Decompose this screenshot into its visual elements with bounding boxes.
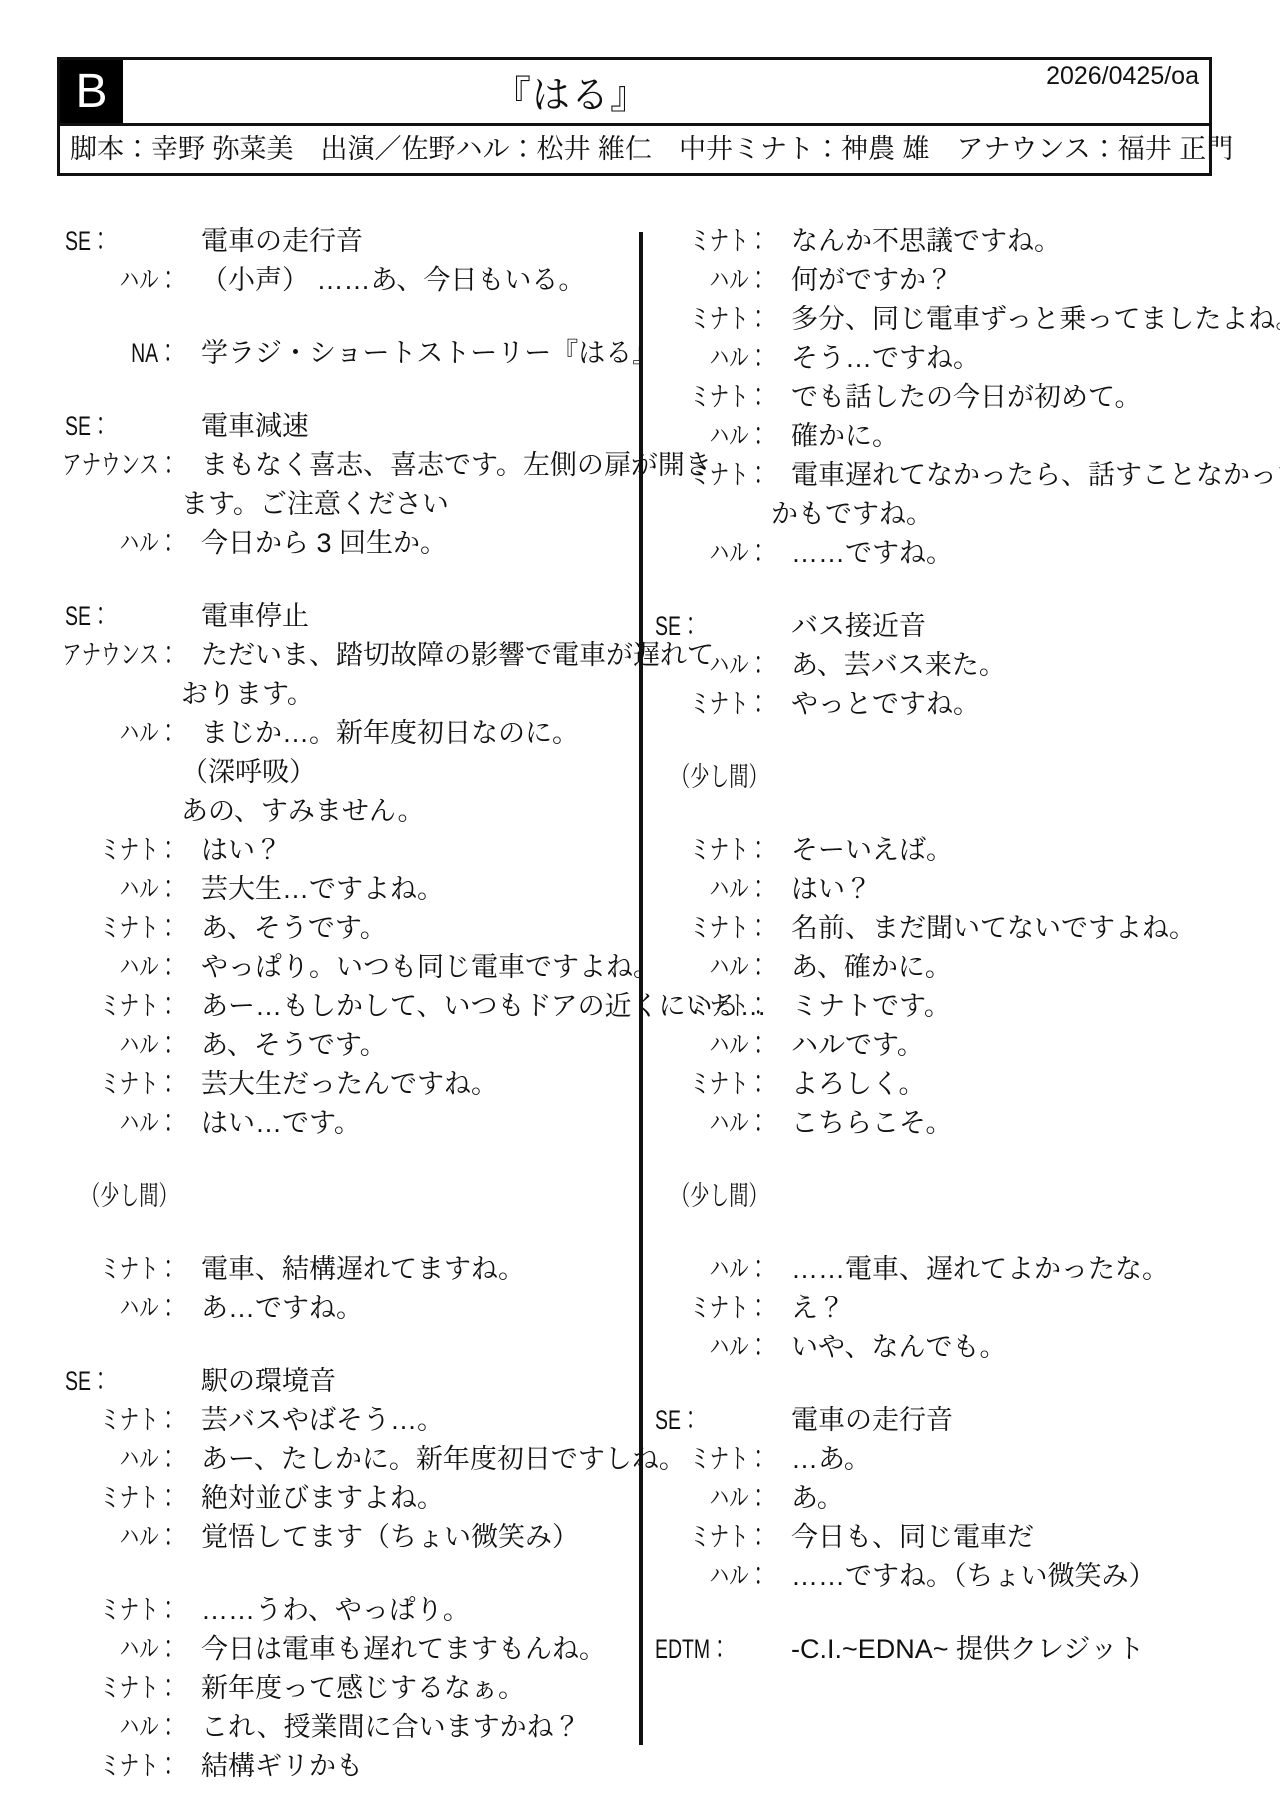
dialogue-line: ハル：やっぱり。いつも同じ電車ですよね。 bbox=[65, 948, 640, 987]
speaker-label: NA： bbox=[65, 334, 178, 373]
cue-text: 電車の走行音 bbox=[178, 222, 363, 261]
dialogue-text: あ、芸バス来た。 bbox=[768, 646, 1006, 685]
speaker-label: ミナト： bbox=[655, 222, 768, 261]
stage-direction-line: （少し間） bbox=[65, 1177, 640, 1216]
dialogue-line: ハル：いや、なんでも。 bbox=[655, 1328, 1255, 1367]
speaker-label: ミナト： bbox=[65, 909, 178, 948]
speaker-label: ハル： bbox=[655, 948, 768, 987]
dialogue-line: ハル：……ですね。 bbox=[655, 534, 1255, 573]
label-text: ミナト： bbox=[690, 685, 768, 724]
dialogue-line: アナウンス：ただいま、踏切故障の影響で電車が遅れて bbox=[65, 636, 640, 675]
dialogue-line: アナウンス：まもなく喜志、喜志です。左側の扉が開き bbox=[65, 446, 640, 485]
dialogue-text: あの、すみません。 bbox=[178, 792, 425, 831]
part-b-badge: B bbox=[60, 60, 123, 123]
label-text: ハル： bbox=[120, 1440, 178, 1479]
speaker-label: ミナト： bbox=[655, 987, 768, 1026]
label-text: ハル： bbox=[120, 1026, 178, 1065]
label-text: SE： bbox=[655, 607, 700, 646]
speaker-label: ハル： bbox=[655, 339, 768, 378]
speaker-label: ハル： bbox=[65, 261, 178, 300]
dialogue-line: ハル：あ、芸バス来た。 bbox=[655, 646, 1255, 685]
speaker-label: ハル： bbox=[65, 1289, 178, 1328]
blank-spacer bbox=[65, 373, 640, 407]
dialogue-line: ハル：そう…ですね。 bbox=[655, 339, 1255, 378]
dialogue-text: あ、そうです。 bbox=[178, 1026, 387, 1065]
label-text: ミナト： bbox=[690, 909, 768, 948]
dialogue-text: あ…ですね。 bbox=[178, 1289, 363, 1328]
dialogue-text: ただいま、踏切故障の影響で電車が遅れて bbox=[178, 636, 714, 675]
blank-spacer bbox=[655, 1367, 1255, 1401]
dialogue-text: 電車、結構遅れてますね。 bbox=[178, 1250, 525, 1289]
label-text: ハル： bbox=[710, 870, 768, 909]
dialogue-text: はい？ bbox=[768, 870, 872, 909]
header-title-row: B 『はる』 2026/0425/oa bbox=[60, 60, 1209, 126]
dialogue-text: 確かに。 bbox=[768, 417, 899, 456]
label-text: ハル： bbox=[120, 1104, 178, 1143]
cue-label: SE： bbox=[65, 222, 178, 261]
label-text: ミナト： bbox=[690, 300, 768, 339]
cue-line: SE：電車の走行音 bbox=[65, 222, 640, 261]
speaker-label: ハル： bbox=[65, 1630, 178, 1669]
dialogue-text: 電車遅れてなかったら、話すことなかった bbox=[768, 456, 1280, 495]
script-column-left: SE：電車の走行音ハル：（小声） ……あ、今日もいる。NA：学ラジ・ショートスト… bbox=[65, 222, 640, 1786]
dialogue-text: そーいえば。 bbox=[768, 831, 953, 870]
dialogue-text: はい？ bbox=[178, 831, 282, 870]
label-text: ハル： bbox=[710, 948, 768, 987]
dialogue-line: ミナト：電車、結構遅れてますね。 bbox=[65, 1250, 640, 1289]
label-text: SE： bbox=[65, 1362, 110, 1401]
cue-line: SE：電車停止 bbox=[65, 597, 640, 636]
speaker-label: ミナト： bbox=[65, 1250, 178, 1289]
speaker-label bbox=[65, 792, 178, 831]
blank-spacer bbox=[65, 563, 640, 597]
label-text: ハル： bbox=[710, 1104, 768, 1143]
dialogue-text: こちらこそ。 bbox=[768, 1104, 952, 1143]
dialogue-line: ハル：あ…ですね。 bbox=[65, 1289, 640, 1328]
label-text: ハル： bbox=[710, 1026, 768, 1065]
label-text: ミナト： bbox=[100, 1669, 178, 1708]
label-text: ミナト： bbox=[690, 1289, 768, 1328]
label-text: ハル： bbox=[120, 714, 178, 753]
cue-line: SE：駅の環境音 bbox=[65, 1362, 640, 1401]
label-text: ミナト： bbox=[690, 831, 768, 870]
dialogue-line: NA：学ラジ・ショートストーリー『はる』 bbox=[65, 334, 640, 373]
dialogue-line: ミナト：芸バスやばそう…。 bbox=[65, 1401, 640, 1440]
label-text: ハル： bbox=[120, 1518, 178, 1557]
dialogue-text: おります。 bbox=[178, 675, 314, 714]
dialogue-text: 名前、まだ聞いてないですよね。 bbox=[768, 909, 1196, 948]
speaker-label bbox=[65, 675, 178, 714]
label-text: ハル： bbox=[710, 534, 768, 573]
label-text: ハル： bbox=[120, 524, 178, 563]
speaker-label: ハル： bbox=[65, 524, 178, 563]
dialogue-line: ハル：……電車、遅れてよかったな。 bbox=[655, 1250, 1255, 1289]
dialogue-line: ハル：……ですね。（ちょい微笑み） bbox=[655, 1557, 1255, 1596]
label-text: ミナト： bbox=[100, 1065, 178, 1104]
dialogue-text: 何がですか？ bbox=[768, 261, 953, 300]
dialogue-line: ミナト：名前、まだ聞いてないですよね。 bbox=[655, 909, 1255, 948]
dialogue-text: これ、授業間に合いますかね？ bbox=[178, 1708, 581, 1747]
dialogue-line: ハル：はい？ bbox=[655, 870, 1255, 909]
dialogue-line: ハル：これ、授業間に合いますかね？ bbox=[65, 1708, 640, 1747]
label-text: SE： bbox=[65, 407, 110, 446]
label-text: ハル： bbox=[120, 948, 178, 987]
dialogue-continuation-line: ます。ご注意ください bbox=[65, 485, 640, 524]
dialogue-text: 芸大生…ですよね。 bbox=[178, 870, 444, 909]
stage-direction-line: （少し間） bbox=[655, 758, 1255, 797]
cue-text: -C.I.~EDNA~ 提供クレジット bbox=[768, 1630, 1144, 1669]
dialogue-text: ……うわ、やっぱり。 bbox=[178, 1591, 470, 1630]
label-text: ハル： bbox=[710, 1557, 768, 1596]
dialogue-continuation-line: あの、すみません。 bbox=[65, 792, 640, 831]
label-text: （少し間） bbox=[81, 1177, 178, 1216]
dialogue-text: （小声） ……あ、今日もいる。 bbox=[178, 261, 585, 300]
dialogue-line: ミナト：結構ギリかも bbox=[65, 1747, 640, 1786]
dialogue-line: ハル：今日から 3 回生か。 bbox=[65, 524, 640, 563]
label-text: ミナト： bbox=[100, 1747, 178, 1786]
dialogue-text: なんか不思議ですね。 bbox=[768, 222, 1061, 261]
dialogue-line: ミナト：電車遅れてなかったら、話すことなかった bbox=[655, 456, 1255, 495]
header-box: B 『はる』 2026/0425/oa 脚本：幸野 弥菜美 出演／佐野ハル：松井… bbox=[57, 57, 1212, 176]
dialogue-text: 今日は電車も遅れてますもんね。 bbox=[178, 1630, 606, 1669]
dialogue-text: かもですね。 bbox=[768, 495, 933, 534]
dialogue-line: ミナト：でも話したの今日が初めて。 bbox=[655, 378, 1255, 417]
dialogue-text: 今日も、同じ電車だ bbox=[768, 1518, 1034, 1557]
cue-line: SE：電車減速 bbox=[65, 407, 640, 446]
speaker-label: ハル： bbox=[655, 417, 768, 456]
dialogue-line: ミナト：あー…もしかして、いつもドアの近くにいる… bbox=[65, 987, 640, 1026]
label-text: ハル： bbox=[120, 261, 178, 300]
cue-label: SE： bbox=[655, 1401, 768, 1440]
label-text: ミナト： bbox=[100, 1250, 178, 1289]
speaker-label: ハル： bbox=[65, 1518, 178, 1557]
dialogue-text: あ。 bbox=[768, 1479, 844, 1518]
label-text: ハル： bbox=[710, 339, 768, 378]
dialogue-line: ハル：はい…です。 bbox=[65, 1104, 640, 1143]
label-text: NA： bbox=[132, 334, 178, 373]
dialogue-line: ハル：確かに。 bbox=[655, 417, 1255, 456]
speaker-label: ミナト： bbox=[655, 909, 768, 948]
blank-spacer bbox=[655, 1596, 1255, 1630]
label-text: SE： bbox=[655, 1401, 700, 1440]
dialogue-text: 芸バスやばそう…。 bbox=[178, 1401, 444, 1440]
speaker-label: ハル： bbox=[655, 1328, 768, 1367]
dialogue-line: ミナト：…あ。 bbox=[655, 1440, 1255, 1479]
speaker-label: ハル： bbox=[655, 646, 768, 685]
blank-spacer bbox=[655, 573, 1255, 607]
speaker-label: ミナト： bbox=[65, 1591, 178, 1630]
dialogue-continuation-line: おります。 bbox=[65, 675, 640, 714]
label-text: ハル： bbox=[120, 1708, 178, 1747]
label-text: ミナト： bbox=[690, 456, 768, 495]
blank-spacer bbox=[655, 797, 1255, 831]
dialogue-line: ミナト：そーいえば。 bbox=[655, 831, 1255, 870]
dialogue-line: ミナト：……うわ、やっぱり。 bbox=[65, 1591, 640, 1630]
speaker-label: ハル： bbox=[65, 714, 178, 753]
speaker-label: ハル： bbox=[655, 261, 768, 300]
label-text: ミナト： bbox=[100, 831, 178, 870]
dialogue-line: ハル：今日は電車も遅れてますもんね。 bbox=[65, 1630, 640, 1669]
dialogue-line: ハル：（小声） ……あ、今日もいる。 bbox=[65, 261, 640, 300]
cue-label: SE： bbox=[65, 407, 178, 446]
speaker-label: ハル： bbox=[655, 870, 768, 909]
label-text: ミナト： bbox=[690, 378, 768, 417]
credits-line: 脚本：幸野 弥菜美 出演／佐野ハル：松井 維仁 中井ミナト：神農 雄 アナウンス… bbox=[60, 126, 1209, 173]
dialogue-line: ハル：ハルです。 bbox=[655, 1026, 1255, 1065]
dialogue-line: ミナト：絶対並びますよね。 bbox=[65, 1479, 640, 1518]
label-text: ハル： bbox=[710, 1250, 768, 1289]
label-text: ハル： bbox=[710, 261, 768, 300]
cue-line: SE：電車の走行音 bbox=[655, 1401, 1255, 1440]
speaker-label: ミナト： bbox=[655, 1289, 768, 1328]
cue-line: EDTM：-C.I.~EDNA~ 提供クレジット bbox=[655, 1630, 1255, 1669]
cue-text: 電車の走行音 bbox=[768, 1401, 953, 1440]
dialogue-text: あー、たしかに。新年度初日ですしね。 bbox=[178, 1440, 686, 1479]
dialogue-text: ……ですね。（ちょい微笑み） bbox=[768, 1557, 1156, 1596]
dialogue-continuation-line: かもですね。 bbox=[655, 495, 1255, 534]
dialogue-text: 多分、同じ電車ずっと乗ってましたよね。 bbox=[768, 300, 1280, 339]
label-text: （少し間） bbox=[671, 758, 768, 797]
label-text: アナウンス： bbox=[62, 446, 178, 485]
speaker-label bbox=[65, 753, 178, 792]
dialogue-text: そう…ですね。 bbox=[768, 339, 980, 378]
blank-spacer bbox=[65, 1328, 640, 1362]
speaker-label: ハル： bbox=[65, 1026, 178, 1065]
column-divider bbox=[639, 232, 643, 1745]
dialogue-line: ミナト：よろしく。 bbox=[655, 1065, 1255, 1104]
speaker-label: ミナト： bbox=[655, 685, 768, 724]
dialogue-line: ハル：あ、確かに。 bbox=[655, 948, 1255, 987]
label-text: ハル： bbox=[710, 1479, 768, 1518]
speaker-label: ハル： bbox=[65, 870, 178, 909]
dialogue-text: 学ラジ・ショートストーリー『はる』 bbox=[178, 334, 659, 373]
dialogue-text: はい…です。 bbox=[178, 1104, 361, 1143]
label-text: ミナト： bbox=[100, 909, 178, 948]
cue-label: SE： bbox=[655, 607, 768, 646]
dialogue-text: でも話したの今日が初めて。 bbox=[768, 378, 1141, 417]
page-title: 『はる』 bbox=[123, 60, 1019, 123]
dialogue-text: ……ですね。 bbox=[768, 534, 953, 573]
speaker-label: ミナト： bbox=[655, 378, 768, 417]
blank-spacer bbox=[65, 1143, 640, 1177]
dialogue-text: いや、なんでも。 bbox=[768, 1328, 1006, 1367]
speaker-label: ハル： bbox=[655, 1557, 768, 1596]
dialogue-text: やっぱり。いつも同じ電車ですよね。 bbox=[178, 948, 660, 987]
label-text: ミナト： bbox=[100, 1401, 178, 1440]
speaker-label: （少し間） bbox=[655, 1177, 768, 1216]
label-text: ハル： bbox=[710, 646, 768, 685]
speaker-label bbox=[655, 495, 768, 534]
dialogue-line: ハル：あ。 bbox=[655, 1479, 1255, 1518]
dialogue-line: ミナト：あ、そうです。 bbox=[65, 909, 640, 948]
dialogue-line: ハル：あ、そうです。 bbox=[65, 1026, 640, 1065]
cue-text: 駅の環境音 bbox=[178, 1362, 336, 1401]
label-text: ミナト： bbox=[690, 1065, 768, 1104]
air-date: 2026/0425/oa bbox=[1046, 62, 1199, 91]
dialogue-text: よろしく。 bbox=[768, 1065, 925, 1104]
dialogue-text: え？ bbox=[768, 1289, 845, 1328]
speaker-label: ミナト： bbox=[65, 1401, 178, 1440]
cue-text: 電車停止 bbox=[178, 597, 309, 636]
dialogue-text: ます。ご注意ください bbox=[178, 485, 449, 524]
script-page: B 『はる』 2026/0425/oa 脚本：幸野 弥菜美 出演／佐野ハル：松井… bbox=[0, 0, 1280, 1809]
blank-spacer bbox=[65, 1216, 640, 1250]
dialogue-text: 今日から 3 回生か。 bbox=[178, 524, 447, 563]
dialogue-line: ハル：覚悟してます（ちょい微笑み） bbox=[65, 1518, 640, 1557]
speaker-label: ミナト： bbox=[655, 456, 768, 495]
cue-line: SE：バス接近音 bbox=[655, 607, 1255, 646]
dialogue-text: …あ。 bbox=[768, 1440, 871, 1479]
speaker-label: ミナト： bbox=[655, 300, 768, 339]
dialogue-line: ミナト：今日も、同じ電車だ bbox=[655, 1518, 1255, 1557]
dialogue-line: ハル：まじか…。新年度初日なのに。 bbox=[65, 714, 640, 753]
cue-label: EDTM： bbox=[655, 1630, 768, 1669]
script-column-right: ミナト：なんか不思議ですね。ハル：何がですか？ミナト：多分、同じ電車ずっと乗って… bbox=[655, 222, 1255, 1669]
speaker-label: ハル： bbox=[655, 1026, 768, 1065]
speaker-label: （少し間） bbox=[65, 1177, 178, 1216]
dialogue-line: ミナト：はい？ bbox=[65, 831, 640, 870]
dialogue-text: （深呼吸） bbox=[178, 753, 316, 792]
dialogue-line: ミナト：なんか不思議ですね。 bbox=[655, 222, 1255, 261]
label-text: ハル： bbox=[710, 417, 768, 456]
label-text: ミナト： bbox=[690, 1518, 768, 1557]
speaker-label: ミナト： bbox=[655, 1440, 768, 1479]
speaker-label: ミナト： bbox=[65, 1747, 178, 1786]
label-text: ミナト： bbox=[100, 987, 178, 1026]
label-text: ハル： bbox=[710, 1328, 768, 1367]
speaker-label: アナウンス： bbox=[65, 446, 178, 485]
speaker-label: ハル： bbox=[655, 1104, 768, 1143]
dialogue-text: まじか…。新年度初日なのに。 bbox=[178, 714, 579, 753]
label-text: ミナト： bbox=[100, 1591, 178, 1630]
speaker-label: ミナト： bbox=[65, 1479, 178, 1518]
blank-spacer bbox=[655, 724, 1255, 758]
speaker-label bbox=[65, 485, 178, 524]
label-text: （少し間） bbox=[671, 1177, 768, 1216]
speaker-label: ミナト： bbox=[65, 987, 178, 1026]
speaker-label: ミナト： bbox=[65, 831, 178, 870]
dialogue-line: ミナト：え？ bbox=[655, 1289, 1255, 1328]
dialogue-text: まもなく喜志、喜志です。左側の扉が開き bbox=[178, 446, 712, 485]
blank-spacer bbox=[655, 1216, 1255, 1250]
dialogue-line: ミナト：やっとですね。 bbox=[655, 685, 1255, 724]
speaker-label: ミナト： bbox=[65, 1669, 178, 1708]
label-text: ミナト： bbox=[100, 1479, 178, 1518]
dialogue-continuation-line: （深呼吸） bbox=[65, 753, 640, 792]
speaker-label: ミナト： bbox=[655, 831, 768, 870]
dialogue-text: やっとですね。 bbox=[768, 685, 980, 724]
label-text: アナウンス： bbox=[62, 636, 178, 675]
dialogue-line: ミナト：多分、同じ電車ずっと乗ってましたよね。 bbox=[655, 300, 1255, 339]
cue-text: バス接近音 bbox=[768, 607, 926, 646]
label-text: ミナト： bbox=[690, 222, 768, 261]
label-text: EDTM： bbox=[655, 1630, 730, 1669]
speaker-label: アナウンス： bbox=[65, 636, 178, 675]
speaker-label: ハル： bbox=[65, 1708, 178, 1747]
label-text: ミナト： bbox=[690, 1440, 768, 1479]
speaker-label: ハル： bbox=[65, 1104, 178, 1143]
dialogue-text: あ、確かに。 bbox=[768, 948, 952, 987]
blank-spacer bbox=[655, 1143, 1255, 1177]
cue-label: SE： bbox=[65, 1362, 178, 1401]
label-text: ハル： bbox=[120, 1630, 178, 1669]
dialogue-text: 新年度って感じするなぁ。 bbox=[178, 1669, 525, 1708]
dialogue-text: 絶対並びますよね。 bbox=[178, 1479, 444, 1518]
stage-direction-line: （少し間） bbox=[655, 1177, 1255, 1216]
dialogue-line: ハル：芸大生…ですよね。 bbox=[65, 870, 640, 909]
speaker-label: ミナト： bbox=[65, 1065, 178, 1104]
blank-spacer bbox=[65, 1557, 640, 1591]
dialogue-line: ミナト：芸大生だったんですね。 bbox=[65, 1065, 640, 1104]
dialogue-line: ハル：こちらこそ。 bbox=[655, 1104, 1255, 1143]
speaker-label: ハル： bbox=[655, 1479, 768, 1518]
dialogue-text: ミナトです。 bbox=[768, 987, 951, 1026]
blank-spacer bbox=[65, 300, 640, 334]
speaker-label: ハル： bbox=[65, 1440, 178, 1479]
label-text: SE： bbox=[65, 597, 110, 636]
dialogue-line: ミナト：ミナトです。 bbox=[655, 987, 1255, 1026]
dialogue-line: ミナト：新年度って感じするなぁ。 bbox=[65, 1669, 640, 1708]
cue-text: 電車減速 bbox=[178, 407, 309, 446]
dialogue-line: ハル：何がですか？ bbox=[655, 261, 1255, 300]
speaker-label: ハル： bbox=[655, 534, 768, 573]
dialogue-line: ハル：あー、たしかに。新年度初日ですしね。 bbox=[65, 1440, 640, 1479]
speaker-label: ミナト： bbox=[655, 1518, 768, 1557]
dialogue-text: ハルです。 bbox=[768, 1026, 924, 1065]
label-text: ハル： bbox=[120, 870, 178, 909]
dialogue-text: あ、そうです。 bbox=[178, 909, 387, 948]
speaker-label: ミナト： bbox=[655, 1065, 768, 1104]
label-text: ハル： bbox=[120, 1289, 178, 1328]
dialogue-text: ……電車、遅れてよかったな。 bbox=[768, 1250, 1169, 1289]
dialogue-text: 結構ギリかも bbox=[178, 1747, 363, 1786]
speaker-label: （少し間） bbox=[655, 758, 768, 797]
dialogue-text: 芸大生だったんですね。 bbox=[178, 1065, 498, 1104]
dialogue-text: 覚悟してます（ちょい微笑み） bbox=[178, 1518, 579, 1557]
cue-label: SE： bbox=[65, 597, 178, 636]
label-text: ミナト： bbox=[690, 987, 768, 1026]
speaker-label: ハル： bbox=[65, 948, 178, 987]
speaker-label: ハル： bbox=[655, 1250, 768, 1289]
label-text: SE： bbox=[65, 222, 110, 261]
